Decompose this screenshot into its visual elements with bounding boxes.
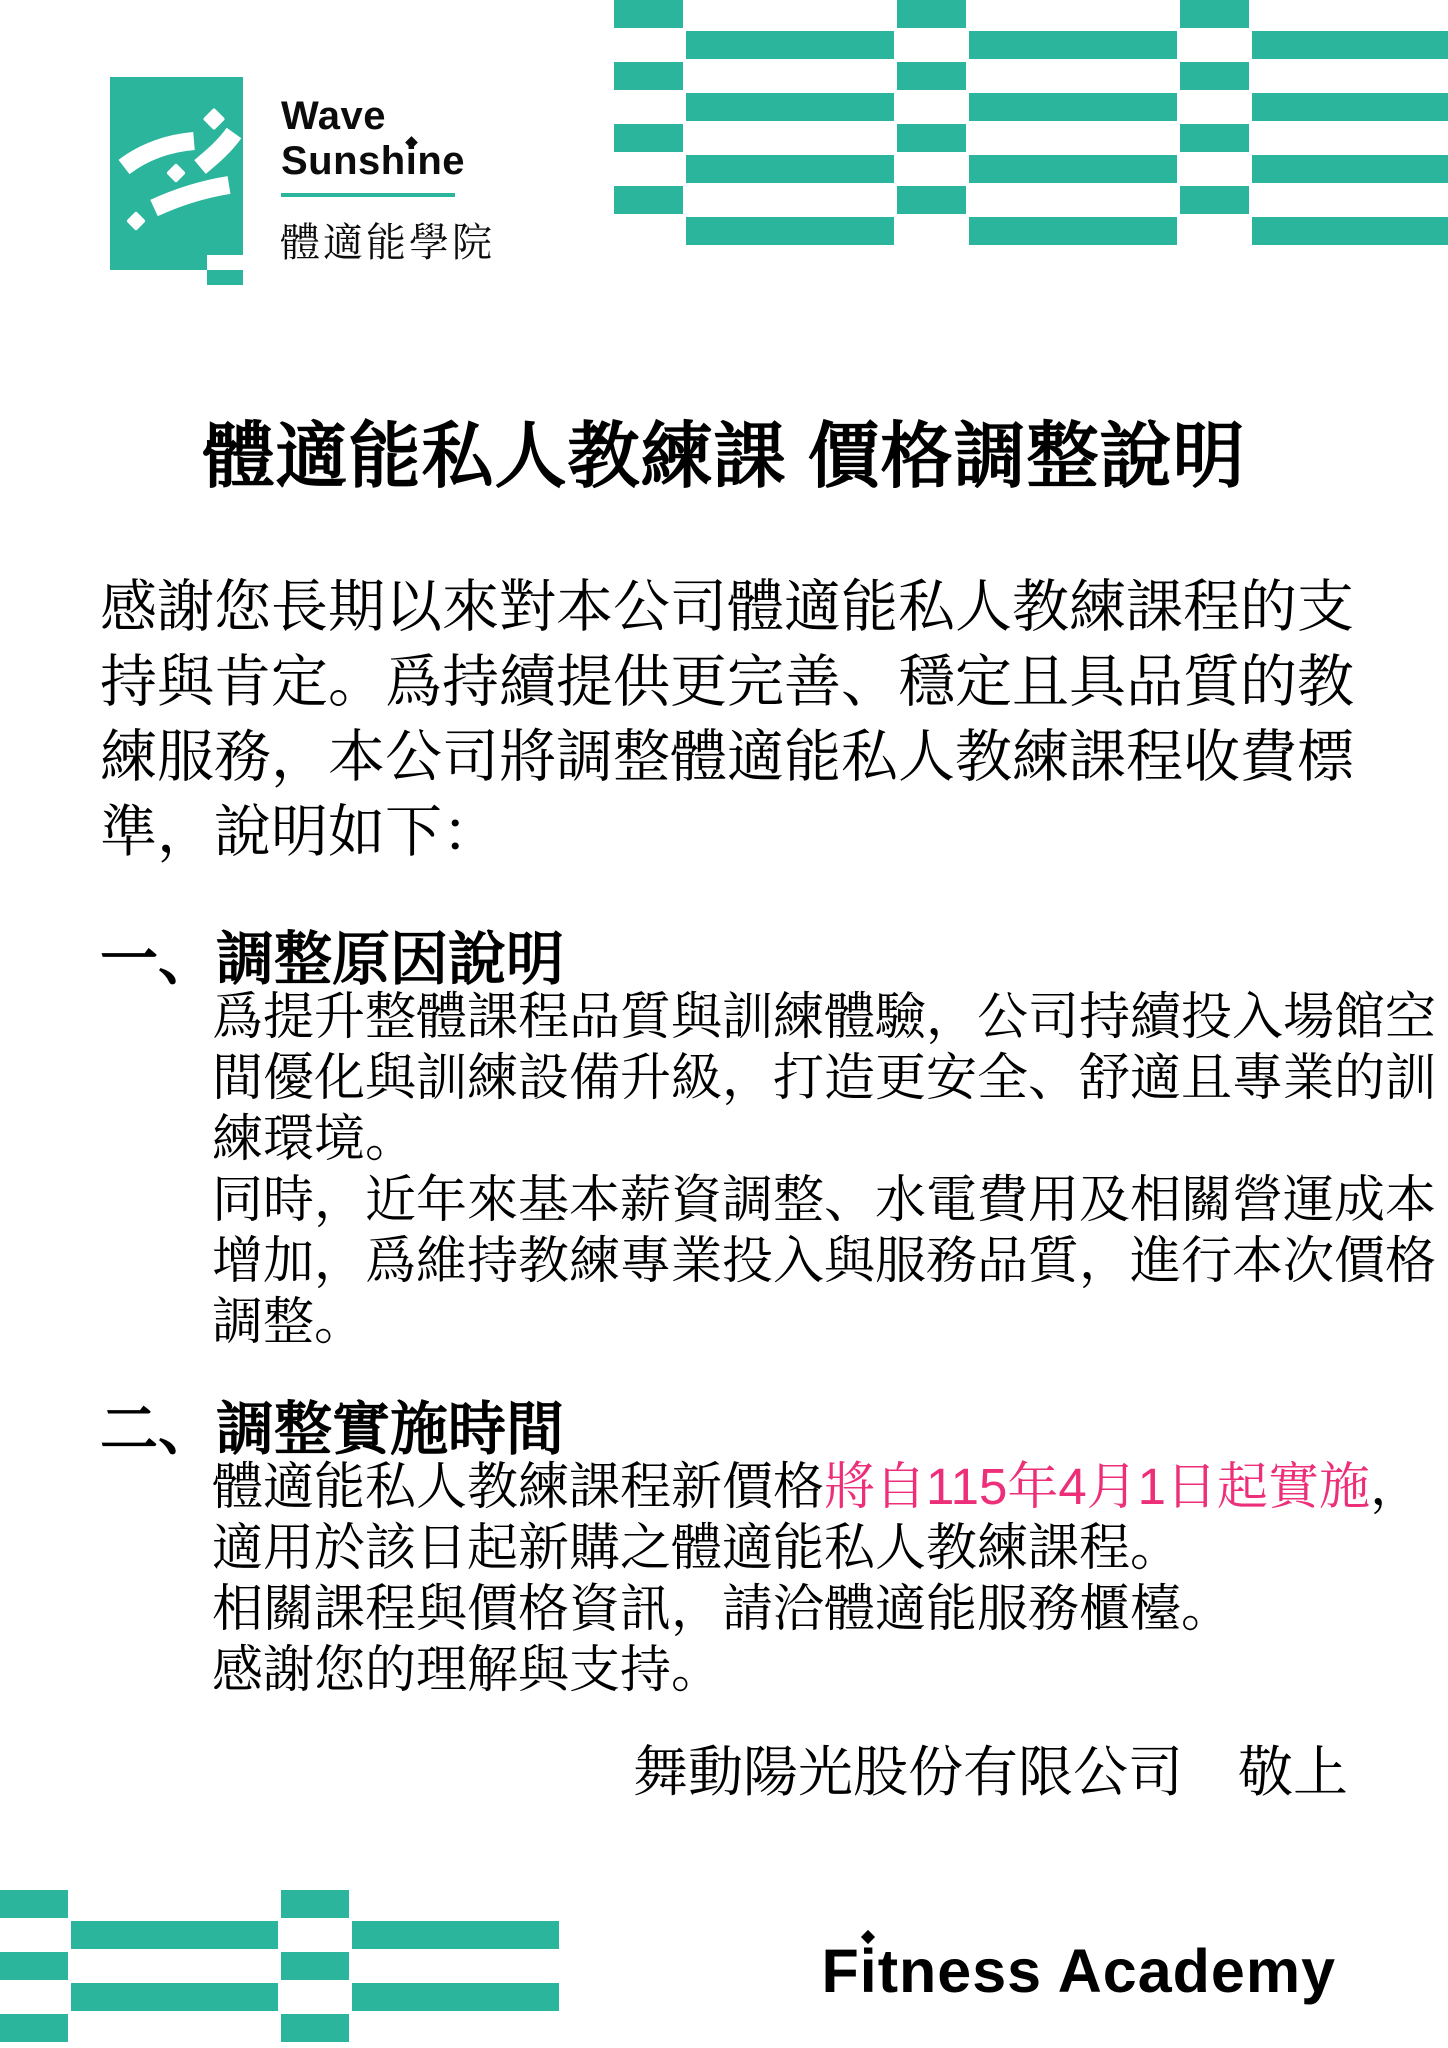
pattern-cell — [897, 31, 966, 59]
top-weave-pattern — [614, 0, 1448, 245]
pattern-cell — [71, 1890, 278, 1918]
pattern-cell — [686, 217, 894, 245]
section2-line1-prefix: 體適能私人教練課程新價格 — [212, 1458, 824, 1515]
section1-heading: 一、調整原因說明 — [100, 912, 564, 996]
brand-subtitle: 體適能學院 — [280, 211, 495, 268]
text-line: 持與肯定。爲持續提供更完善、穩定且具品質的教 — [100, 645, 1390, 720]
pattern-cell — [897, 0, 966, 28]
pattern-cell — [969, 155, 1177, 183]
pattern-cell — [969, 186, 1177, 214]
pattern-cell — [969, 31, 1177, 59]
pattern-cell — [1180, 93, 1249, 121]
section2-more-lines: 適用於該日起新購之體適能私人教練課程。相關課程與價格資訊，請洽體適能服務櫃檯。感… — [212, 1517, 1442, 1700]
pattern-cell — [686, 124, 894, 152]
pattern-cell — [1252, 217, 1448, 245]
pattern-cell — [1252, 155, 1448, 183]
pattern-cell — [281, 1921, 349, 1949]
pattern-cell — [969, 0, 1177, 28]
pattern-cell — [1252, 62, 1448, 90]
pattern-cell — [1252, 124, 1448, 152]
pattern-cell — [1180, 155, 1249, 183]
text-line: 感謝您的理解與支持。 — [212, 1639, 1442, 1700]
pattern-cell — [614, 62, 683, 90]
pattern-cell — [0, 1890, 68, 1918]
pattern-cell — [281, 1952, 349, 1980]
pattern-cell — [897, 217, 966, 245]
pattern-cell — [1180, 217, 1249, 245]
pattern-cell — [686, 62, 894, 90]
pattern-cell — [0, 1983, 68, 2011]
pattern-cell — [897, 155, 966, 183]
pattern-cell — [71, 1952, 278, 1980]
section2-line1: 體適能私人教練課程新價格將自115年4月1日起實施， — [212, 1456, 1442, 1517]
text-line: 練服務，本公司將調整體適能私人教練課程收費標 — [100, 720, 1390, 795]
text-line: 間優化與訓練設備升級，打造更安全、舒適且專業的訓 — [212, 1047, 1442, 1108]
pattern-cell — [1180, 186, 1249, 214]
pattern-cell — [1180, 62, 1249, 90]
section1-body: 爲提升整體課程品質與訓練體驗，公司持續投入場館空間優化與訓練設備升級，打造更安全… — [212, 986, 1442, 1352]
pattern-cell — [281, 2014, 349, 2042]
pattern-cell — [614, 186, 683, 214]
footer-brand-text: Fitness Academy — [822, 1937, 1337, 2005]
pattern-cell — [969, 93, 1177, 121]
pattern-cell — [352, 1890, 559, 1918]
pattern-cell — [897, 62, 966, 90]
section2-body: 體適能私人教練課程新價格將自115年4月1日起實施， 適用於該日起新購之體適能私… — [212, 1456, 1442, 1700]
pattern-cell — [1252, 0, 1448, 28]
pattern-cell — [897, 124, 966, 152]
pattern-cell — [1252, 93, 1448, 121]
section2-heading: 二、調整實施時間 — [100, 1382, 564, 1466]
text-line: 爲提升整體課程品質與訓練體驗，公司持續投入場館空 — [212, 986, 1442, 1047]
brand-name-line1: Wave — [281, 94, 541, 139]
section2-number: 二、 — [100, 1397, 216, 1462]
pattern-cell — [352, 2014, 559, 2042]
pattern-cell — [686, 31, 894, 59]
pattern-cell — [686, 93, 894, 121]
bottom-weave-pattern — [0, 1890, 559, 2042]
pattern-cell — [1252, 186, 1448, 214]
text-line: 相關課程與價格資訊，請洽體適能服務櫃檯。 — [212, 1578, 1442, 1639]
pattern-cell — [0, 1952, 68, 1980]
pattern-cell — [71, 1921, 278, 1949]
section2-line1-suffix: ， — [1370, 1458, 1421, 1515]
pattern-cell — [969, 217, 1177, 245]
pattern-cell — [0, 2014, 68, 2042]
text-line: 同時，近年來基本薪資調整、水電費用及相關營運成本 — [212, 1169, 1442, 1230]
pattern-cell — [614, 93, 683, 121]
pattern-cell — [0, 1921, 68, 1949]
brand-divider — [281, 193, 455, 197]
pattern-cell — [281, 1890, 349, 1918]
pattern-cell — [352, 1952, 559, 1980]
intro-paragraph: 感謝您長期以來對本公司體適能私人教練課程的支持與肯定。爲持續提供更完善、穩定且具… — [100, 570, 1390, 870]
pattern-cell — [1252, 31, 1448, 59]
pattern-cell — [969, 62, 1177, 90]
pattern-cell — [614, 155, 683, 183]
pattern-cell — [1180, 0, 1249, 28]
text-line: 調整。 — [212, 1291, 1442, 1352]
pattern-cell — [352, 1921, 559, 1949]
pattern-cell — [686, 186, 894, 214]
page-title: 體適能私人教練課 價格調整說明 — [0, 398, 1448, 502]
pattern-cell — [71, 2014, 278, 2042]
pattern-cell — [614, 0, 683, 28]
signoff: 舞動陽光股份有限公司 敬上 — [0, 1728, 1348, 1807]
pattern-cell — [614, 31, 683, 59]
pattern-cell — [352, 1983, 559, 2011]
pattern-cell — [897, 93, 966, 121]
text-line: 準，說明如下： — [100, 795, 1390, 870]
section2-heading-text: 調整實施時間 — [216, 1397, 564, 1462]
text-line: 練環境。 — [212, 1108, 1442, 1169]
pattern-cell — [897, 186, 966, 214]
text-line: 感謝您長期以來對本公司體適能私人教練課程的支 — [100, 570, 1390, 645]
wave-sunshine-logo-icon — [110, 77, 243, 290]
pattern-cell — [1180, 31, 1249, 59]
pattern-cell — [614, 217, 683, 245]
pattern-cell — [969, 124, 1177, 152]
footer-brand: Fitness Academy — [822, 1936, 1337, 2006]
text-line: 適用於該日起新購之體適能私人教練課程。 — [212, 1517, 1442, 1578]
brand-wordmark: Wave Sunshine — [281, 94, 541, 184]
pattern-cell — [71, 1983, 278, 2011]
pattern-cell — [1180, 124, 1249, 152]
pattern-cell — [686, 0, 894, 28]
pattern-cell — [281, 1983, 349, 2011]
effective-date-highlight: 將自115年4月1日起實施 — [824, 1458, 1370, 1515]
text-line: 增加，爲維持教練專業投入與服務品質，進行本次價格 — [212, 1230, 1442, 1291]
section1-heading-text: 調整原因說明 — [216, 927, 564, 992]
pattern-cell — [686, 155, 894, 183]
section1-number: 一、 — [100, 927, 216, 992]
pattern-cell — [614, 124, 683, 152]
